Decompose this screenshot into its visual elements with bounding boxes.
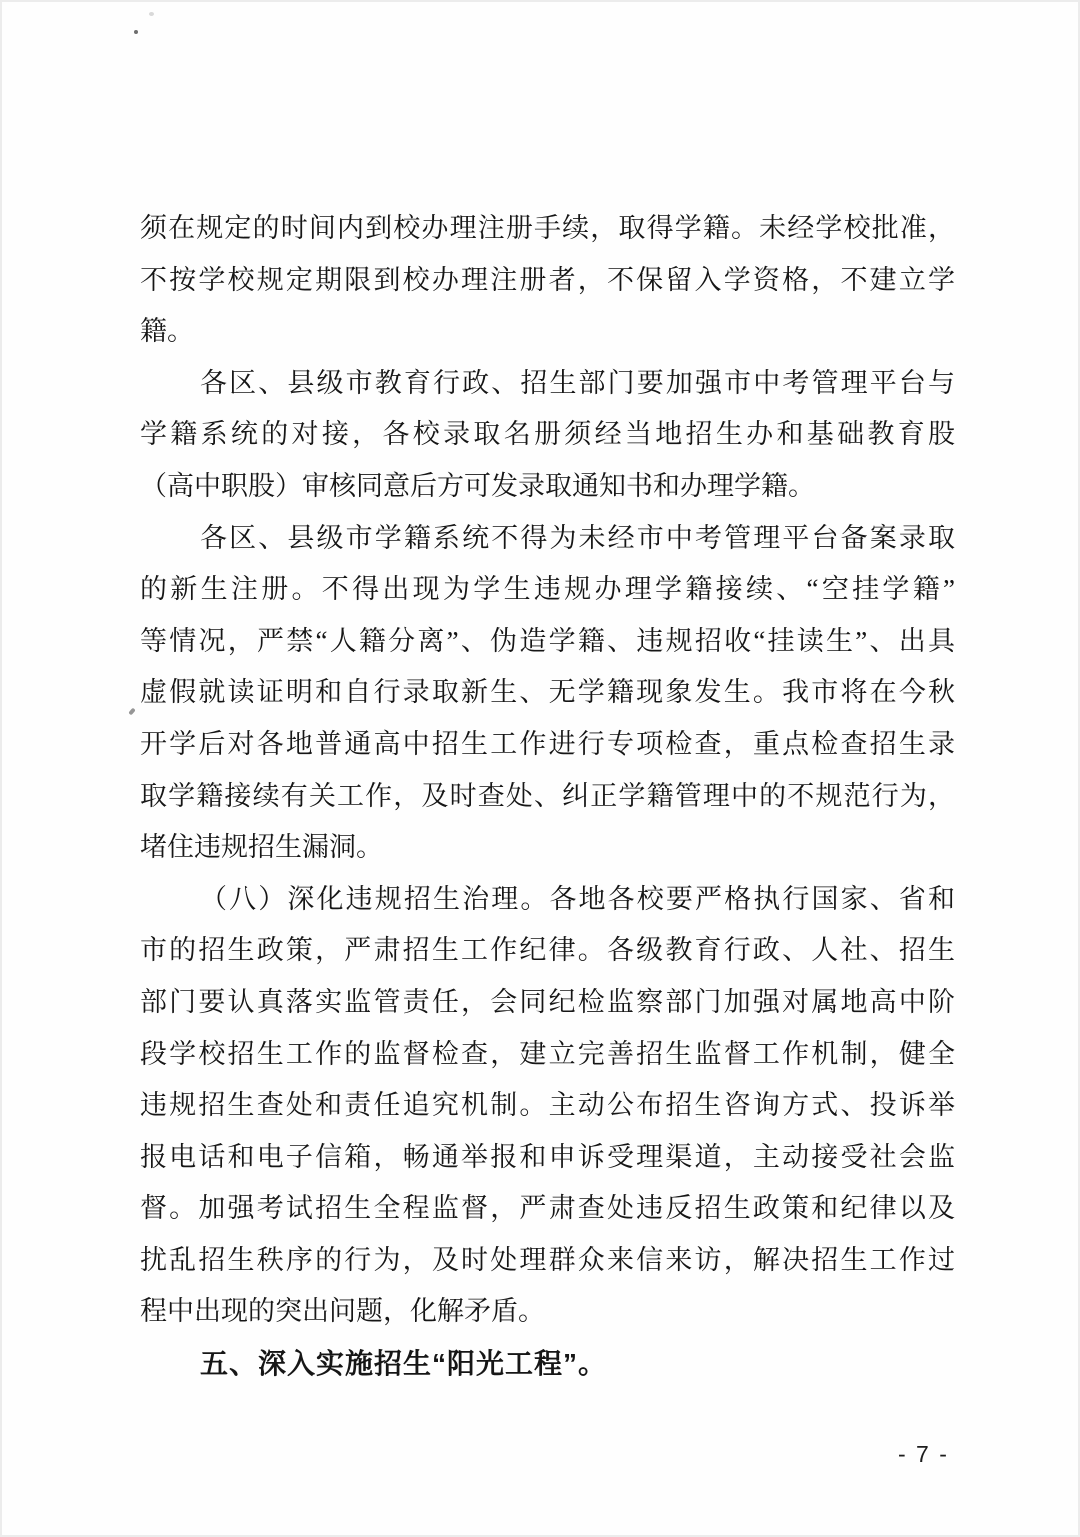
text-line: 段学校招生工作的监督检查，建立完善招生监督工作机制，健全 bbox=[140, 1029, 955, 1081]
text-line: 部门要认真落实监管责任，会同纪检监察部门加强对属地高中阶 bbox=[140, 977, 955, 1029]
text-line: 籍。 bbox=[140, 306, 955, 358]
text-line: 五、深入实施招生“阳光工程”。 bbox=[140, 1338, 955, 1390]
text-line: （八）深化违规招生治理。各地各校要严格执行国家、省和 bbox=[140, 874, 955, 926]
text-line: 须在规定的时间内到校办理注册手续，取得学籍。未经学校批准， bbox=[140, 203, 955, 255]
text-line: （高中职股）审核同意后方可发录取通知书和办理学籍。 bbox=[140, 461, 955, 513]
scan-speckle bbox=[128, 708, 136, 716]
text-line: 的新生注册。不得出现为学生违规办理学籍接续、“空挂学籍” bbox=[140, 564, 955, 616]
text-line: 各区、县级市学籍系统不得为未经市中考管理平台备案录取 bbox=[140, 513, 955, 565]
page-number: - 7 - bbox=[898, 1441, 949, 1468]
scan-speckle bbox=[149, 12, 154, 16]
text-line: 不按学校规定期限到校办理注册者，不保留入学资格，不建立学 bbox=[140, 255, 955, 307]
text-line: 报电话和电子信箱，畅通举报和申诉受理渠道，主动接受社会监 bbox=[140, 1132, 955, 1184]
text-line: 学籍系统的对接，各校录取名册须经当地招生办和基础教育股 bbox=[140, 409, 955, 461]
text-line: 堵住违规招生漏洞。 bbox=[140, 822, 955, 874]
text-line: 扰乱招生秩序的行为，及时处理群众来信来访，解决招生工作过 bbox=[140, 1235, 955, 1287]
text-line: 各区、县级市教育行政、招生部门要加强市中考管理平台与 bbox=[140, 358, 955, 410]
scan-speckle bbox=[134, 30, 138, 34]
text-line: 等情况，严禁“人籍分离”、伪造学籍、违规招收“挂读生”、出具 bbox=[140, 616, 955, 668]
text-line: 开学后对各地普通高中招生工作进行专项检查，重点检查招生录 bbox=[140, 719, 955, 771]
document-body: 须在规定的时间内到校办理注册手续，取得学籍。未经学校批准，不按学校规定期限到校办… bbox=[140, 203, 955, 1390]
text-line: 督。加强考试招生全程监督，严肃查处违反招生政策和纪律以及 bbox=[140, 1183, 955, 1235]
text-line: 取学籍接续有关工作，及时查处、纠正学籍管理中的不规范行为， bbox=[140, 771, 955, 823]
text-line: 虚假就读证明和自行录取新生、无学籍现象发生。我市将在今秋 bbox=[140, 667, 955, 719]
text-line: 市的招生政策，严肃招生工作纪律。各级教育行政、人社、招生 bbox=[140, 925, 955, 977]
text-line: 违规招生查处和责任追究机制。主动公布招生咨询方式、投诉举 bbox=[140, 1080, 955, 1132]
text-line: 程中出现的突出问题，化解矛盾。 bbox=[140, 1286, 955, 1338]
document-page: 须在规定的时间内到校办理注册手续，取得学籍。未经学校批准，不按学校规定期限到校办… bbox=[0, 0, 1080, 1537]
